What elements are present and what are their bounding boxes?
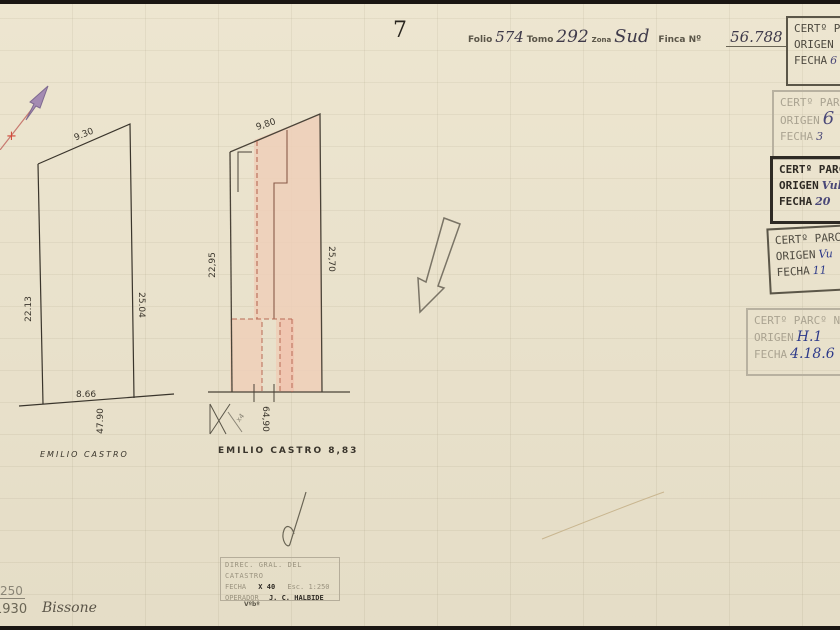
stamp-2-origen-label: ORIGEN: [780, 114, 820, 127]
sheet-number: 7: [393, 18, 407, 43]
plan-right-dim-right: 25,70: [326, 246, 336, 272]
catastro-stamp-title: DIREC. GRAL. DEL CATASTRO: [225, 560, 335, 582]
folio-value: 574: [495, 28, 524, 46]
stamp-5-title: CERTº PARCº Nº: [754, 314, 840, 327]
stamp-4-origen-label: ORIGEN: [775, 248, 815, 263]
footer-year: 1930: [0, 602, 27, 617]
plan-left-dim-setback: 47.90: [96, 408, 106, 434]
cert-stamp-1: CERTº PARCº ORIGEN FECHA6: [786, 16, 840, 86]
document-sheet: 7 Folio 574 Tomo 292 Zona Sud Finca Nº 5…: [0, 4, 840, 626]
stamp-3-fecha-value: 20: [815, 195, 830, 208]
stamp-4-origen-value: Vu: [818, 247, 833, 261]
stamp-3-title: CERTº PARCº: [779, 162, 840, 178]
plan-left-dim-right: 25.04: [136, 292, 146, 318]
stamp-4-fecha-value: 11: [812, 263, 827, 277]
catastro-escala: Esc. 1:250: [287, 583, 329, 591]
footer-signature: Bissone: [42, 600, 97, 616]
catastro-operador-value: J. C. HALBIDE: [269, 594, 324, 602]
plan-right-dim-setback: 64,90: [260, 406, 270, 432]
stamp-2-fecha-value: 3: [816, 130, 823, 143]
cert-stamp-3: CERTº PARCº ORIGENVuh FECHA20: [770, 156, 840, 224]
cert-stamp-4: CERTº PARCº Nº ORIGENVu FECHA11: [766, 224, 840, 295]
tomo-value: 292: [556, 27, 588, 47]
stamp-1-fecha-value: 6: [830, 54, 837, 67]
stamp-5-origen-label: ORIGEN: [754, 331, 794, 344]
header-fields: Folio 574 Tomo 292 Zona Sud Finca Nº 56.…: [468, 26, 787, 47]
plan-right-dim-left: 22,95: [208, 252, 218, 278]
stamp-3-origen-value: Vuh: [822, 179, 840, 192]
footer-scale: 250: [0, 584, 25, 599]
plan-left-dim-front: 8.66: [76, 390, 96, 400]
catastro-fecha-label: FECHA: [225, 583, 246, 591]
stamp-1-origen-label: ORIGEN: [794, 38, 834, 51]
finca-label: Finca Nº: [658, 35, 701, 45]
stamp-1-title: CERTº PARCº: [794, 21, 840, 37]
stamp-3-origen-label: ORIGEN: [779, 179, 819, 192]
zona-value: Sud: [614, 26, 649, 47]
catastro-stamp-footnote: Vºbº: [244, 601, 260, 608]
stamp-5-origen-value: H.1: [797, 329, 823, 345]
stamp-3-fecha-label: FECHA: [779, 195, 812, 208]
plan-left-drawing: [14, 122, 184, 412]
folio-label: Folio: [468, 35, 492, 45]
check-mark-icon: [278, 490, 318, 550]
tomo-label: Tomo: [527, 35, 554, 45]
stamp-1-fecha-label: FECHA: [794, 54, 827, 67]
stamp-2-fecha-label: FECHA: [780, 130, 813, 143]
stamp-2-origen-value: 6: [823, 108, 834, 129]
stamp-5-fecha-label: FECHA: [754, 348, 787, 361]
stamp-5-fecha-value: 4.18.6: [790, 346, 835, 362]
plan-right-street-label: EMILIO CASTRO 8,83: [218, 446, 358, 456]
catastro-stamp: DIREC. GRAL. DEL CATASTRO FECHA X 40 Esc…: [220, 557, 340, 601]
direction-arrow-icon: [414, 216, 464, 316]
pencil-stroke: [540, 484, 670, 544]
zona-label: Zona: [592, 36, 612, 44]
catastro-fecha-value: X 40: [258, 583, 275, 591]
plan-left-street-label: EMILIO CASTRO: [40, 450, 129, 459]
finca-value: 56.788: [726, 28, 787, 47]
plan-left-dim-left: 22.13: [24, 296, 34, 322]
cert-stamp-5: CERTº PARCº Nº98 ORIGENH.1 FECHA4.18.6: [746, 308, 840, 376]
cert-stamp-2: CERTº PARCº ORIGEN6 FECHA3: [772, 90, 840, 160]
stamp-4-fecha-label: FECHA: [776, 264, 810, 279]
